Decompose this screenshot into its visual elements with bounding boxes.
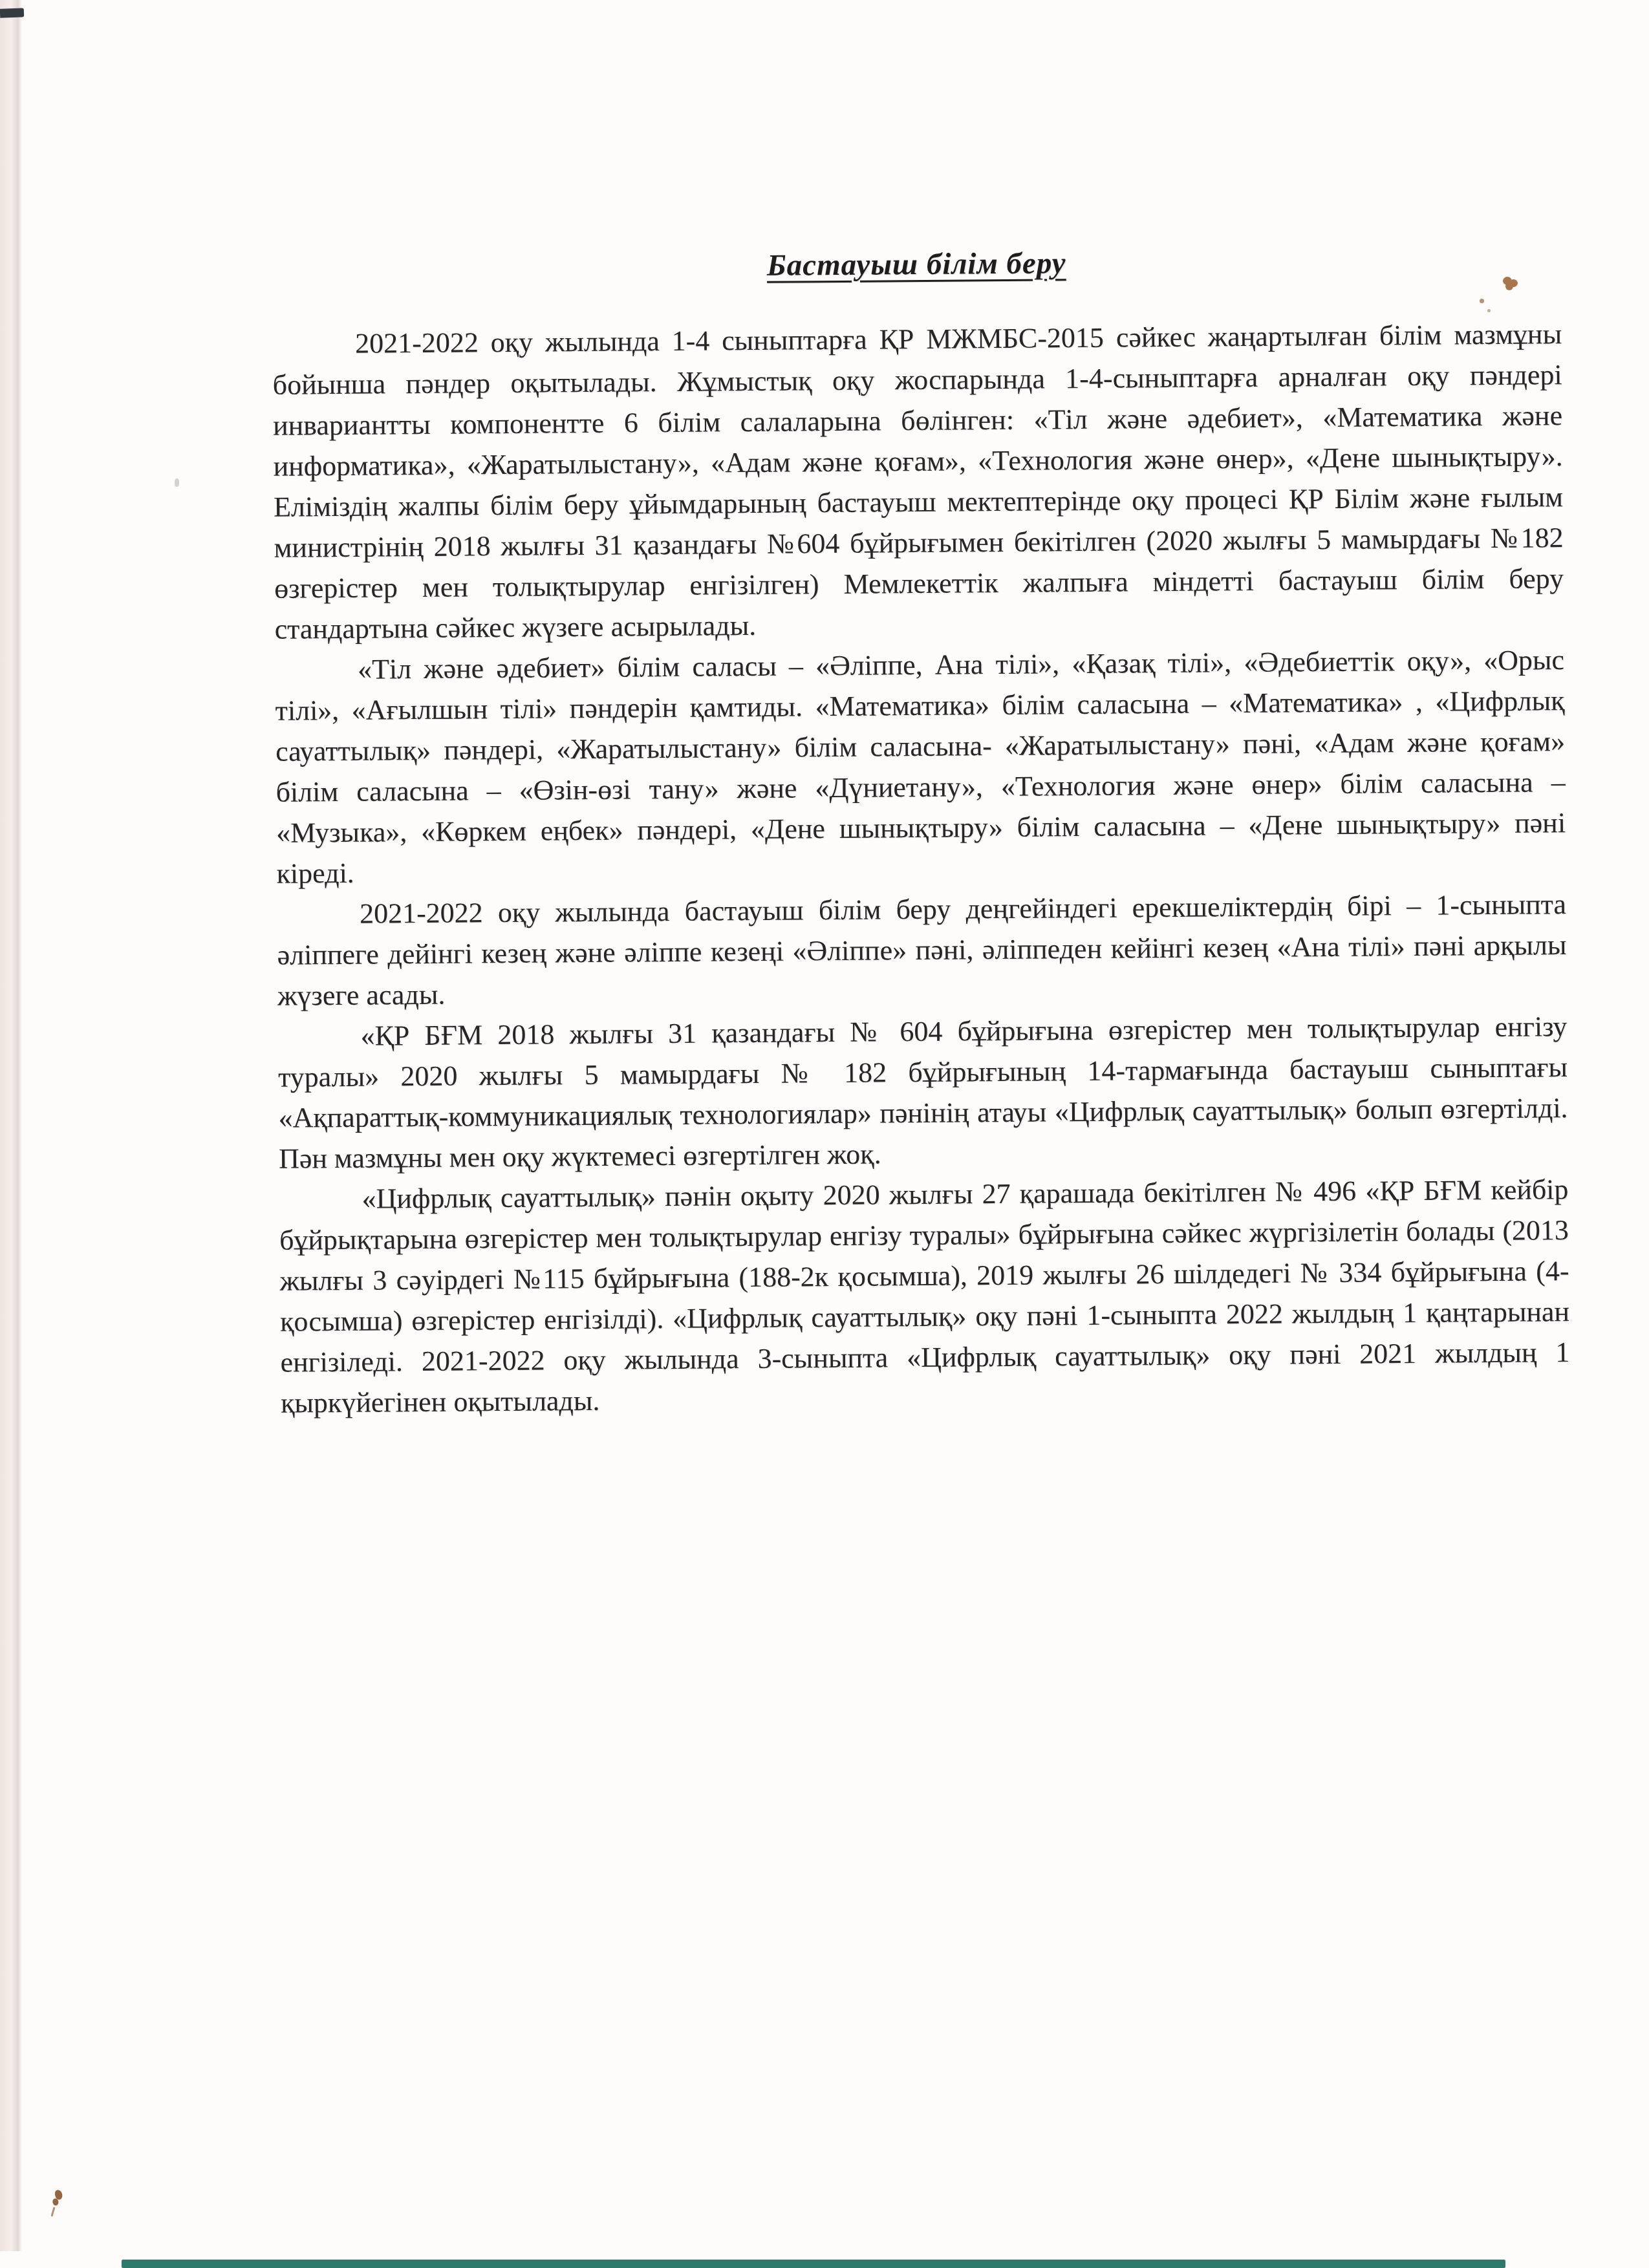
scan-corner-mark (0, 8, 24, 17)
paragraph: «ҚР БҒМ 2018 жылғы 31 қазандағы № 604 бұ… (277, 1006, 1568, 1179)
ink-speck (1505, 283, 1513, 290)
pen-mark (47, 2187, 74, 2220)
ink-speck-cluster (1500, 275, 1522, 295)
paragraph: «Тіл және әдебиет» білім саласы – «Әліпп… (275, 639, 1566, 894)
ink-speck (1487, 309, 1491, 312)
document-title: Бастауыш білім беру (272, 242, 1561, 287)
document-content: Бастауыш білім беру 2021-2022 оқу жылынд… (272, 242, 1570, 1424)
paragraph: 2021-2022 оқу жылында 1-4 сыныптарға ҚР … (272, 314, 1564, 650)
scan-bottom-bar (122, 2260, 1505, 2268)
scan-edge-strip (0, 0, 22, 2251)
paragraph: 2021-2022 оқу жылында бастауыш білім бер… (277, 884, 1567, 1016)
ink-speck (1480, 299, 1484, 303)
scanned-page: Бастауыш білім беру 2021-2022 оқу жылынд… (0, 0, 1649, 2268)
margin-speck (175, 478, 179, 487)
pen-mark-tail (50, 2207, 55, 2216)
paragraph: «Цифрлық сауаттылық» пәнін оқыту 2020 жы… (279, 1169, 1570, 1424)
document-body: 2021-2022 оқу жылында 1-4 сыныптарға ҚР … (272, 314, 1570, 1424)
